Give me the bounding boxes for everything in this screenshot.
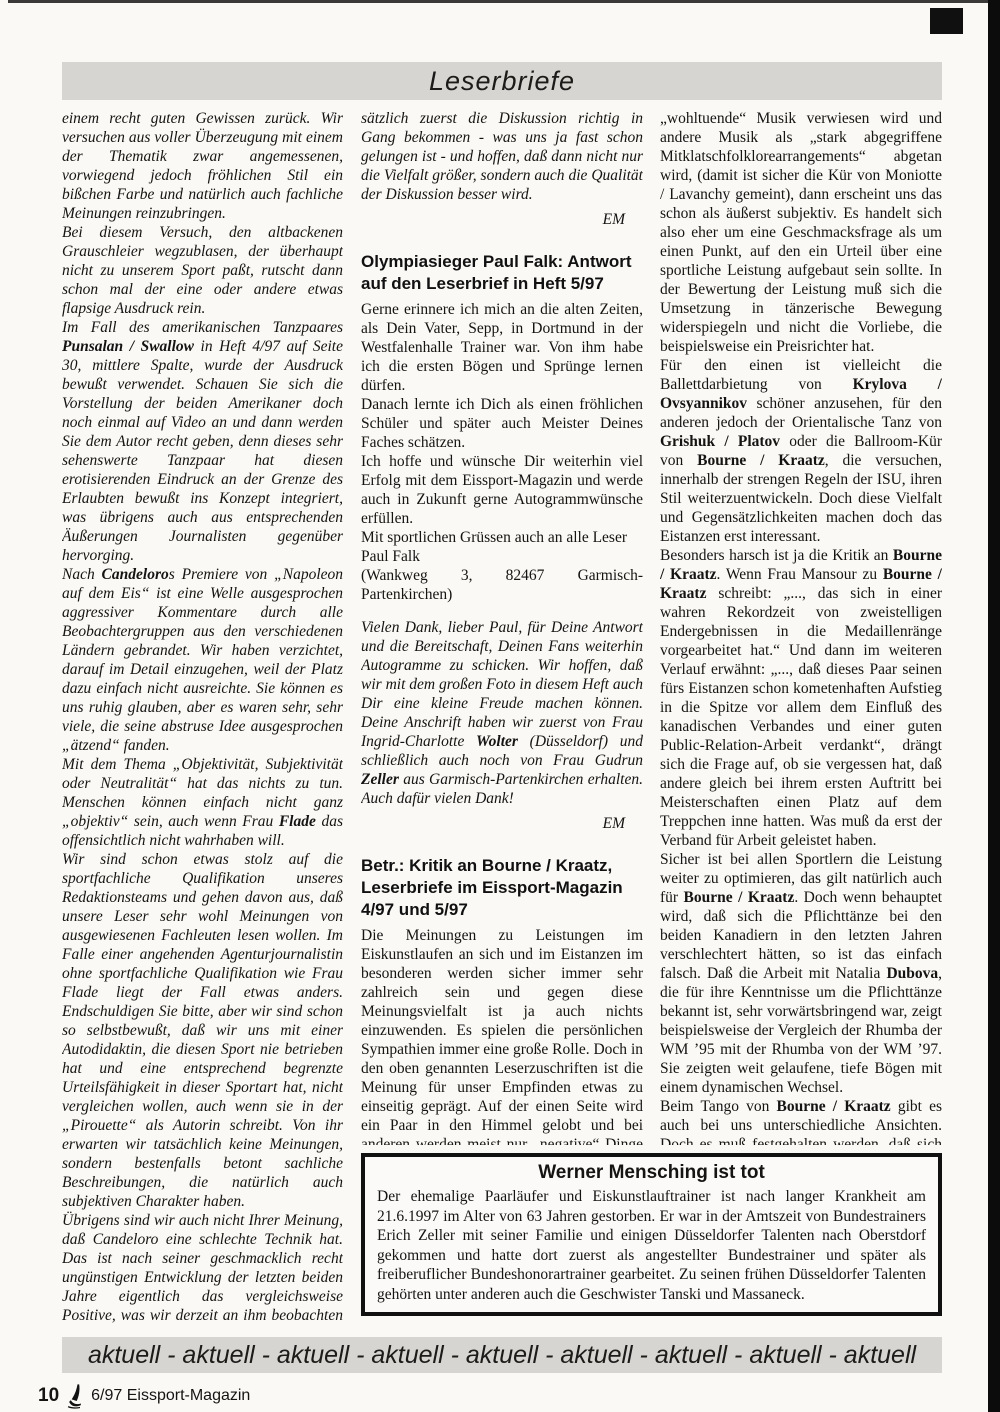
obituary-body: Der ehemalige Paarläufer und Eiskunstlau… <box>377 1187 926 1304</box>
paragraph: Die Meinungen zu Leistungen im Eiskunstl… <box>361 926 643 1145</box>
ticker-text: aktuell - aktuell - aktuell - aktuell - … <box>88 1341 916 1370</box>
scan-edge-right-bar <box>988 0 1000 1412</box>
paragraph: Vielen Dank, lieber Paul, für Deine Antw… <box>361 618 643 808</box>
paragraph: Paul Falk <box>361 547 643 566</box>
editor-reply-continued: sätzlich zuerst die Diskussion richtig i… <box>361 109 643 204</box>
column-left-editor-reply: einem recht guten Gewissen zurück. Wir v… <box>62 109 343 1325</box>
paragraph: Mit dem Thema „Objektivität, Subjektivit… <box>62 755 343 850</box>
page-title: Leserbriefe <box>429 66 575 97</box>
column-middle: sätzlich zuerst die Diskussion richtig i… <box>361 109 643 1145</box>
paragraph: Bei diesem Versuch, den altbackenen Grau… <box>62 223 343 318</box>
paragraph: Gerne erinnere ich mich an die alten Zei… <box>361 300 643 395</box>
paragraph: einem recht guten Gewissen zurück. Wir v… <box>62 109 343 223</box>
letter-paul-falk-body: Gerne erinnere ich mich an die alten Zei… <box>361 300 643 604</box>
signature-em: EM <box>361 814 643 833</box>
obituary-box: Werner Mensching ist tot Der ehemalige P… <box>361 1153 942 1316</box>
paragraph: „wohltuende“ Musik verwiesen wird und an… <box>660 109 942 356</box>
obituary-title: Werner Mensching ist tot <box>377 1162 926 1184</box>
paragraph: Übrigens sind wir auch nicht Ihrer Meinu… <box>62 1211 343 1325</box>
letter-bourne-kraatz-body: Die Meinungen zu Leistungen im Eiskunstl… <box>361 926 643 1145</box>
letter-heading-paul-falk: Olympiasieger Paul Falk: Antwort auf den… <box>361 251 643 295</box>
columns-middle-right: sätzlich zuerst die Diskussion richtig i… <box>361 109 942 1145</box>
issue-info: 6/97 Eissport-Magazin <box>91 1387 250 1405</box>
paragraph: (Wankweg 3, 82467 Garmisch-Partenkirchen… <box>361 566 643 604</box>
scan-edge-top <box>8 0 992 3</box>
paragraph: Mit sportlichen Grüssen auch an alle Les… <box>361 528 643 547</box>
section-header-bar: Leserbriefe <box>62 62 942 100</box>
columns-right-wrapper: sätzlich zuerst die Diskussion richtig i… <box>361 109 942 1325</box>
skate-logo-icon <box>65 1383 85 1409</box>
paragraph: sätzlich zuerst die Diskussion richtig i… <box>361 109 643 204</box>
paragraph: Für den einen ist vielleicht die Ballett… <box>660 356 942 546</box>
signature-em: EM <box>361 210 643 229</box>
paragraph: Wir sind schon etwas stolz auf die sport… <box>62 850 343 1211</box>
paragraph: Ich hoffe und wünsche Dir weiterhin viel… <box>361 452 643 528</box>
paragraph: Sicher ist bei allen Sportlern die Leist… <box>660 850 942 1097</box>
editor-reply-to-falk: Vielen Dank, lieber Paul, für Deine Antw… <box>361 618 643 808</box>
text-columns: einem recht guten Gewissen zurück. Wir v… <box>62 109 942 1325</box>
page-number: 10 <box>38 1385 59 1407</box>
paragraph: Beim Tango von Bourne / Kraatz gibt es a… <box>660 1097 942 1145</box>
paragraph: Im Fall des amerikanischen Tanzpaares Pu… <box>62 318 343 565</box>
paragraph: Besonders harsch ist ja die Kritik an Bo… <box>660 546 942 850</box>
column-right: „wohltuende“ Musik verwiesen wird und an… <box>660 109 942 1145</box>
letter-heading-bourne-kraatz: Betr.: Kritik an Bourne / Kraatz, Leserb… <box>361 855 643 921</box>
aktuell-ticker-bar: aktuell - aktuell - aktuell - aktuell - … <box>62 1337 942 1373</box>
paragraph: Nach Candeloros Premiere von „Napoleon a… <box>62 565 343 755</box>
paragraph: Danach lernte ich Dich als einen fröhlic… <box>361 395 643 452</box>
page-content: Leserbriefe einem recht guten Gewissen z… <box>62 62 942 1409</box>
scan-ink-mark <box>930 8 963 34</box>
page-footer: 10 6/97 Eissport-Magazin <box>62 1383 942 1409</box>
